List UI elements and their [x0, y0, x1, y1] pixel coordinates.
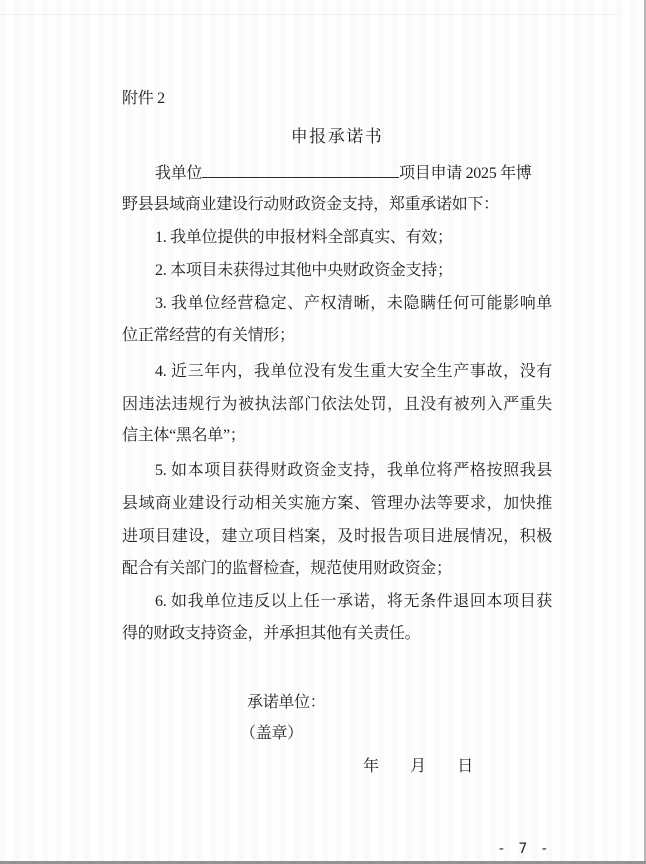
commitment-line-6: 因违法违规行为被执法部门依法处罚，且没有被列入严重失 — [122, 394, 552, 416]
scan-edge-hairline — [0, 14, 617, 15]
document-title: 申报承诺书 — [122, 126, 552, 148]
intro-suffix: 项目申请 2025 年博 — [399, 165, 531, 182]
commitment-line-2: 2. 本项目未获得过其他中央财政资金支持； — [122, 260, 552, 282]
intro-line-2: 野县县域商业建设行动财政资金支持，郑重承诺如下： — [122, 194, 552, 216]
commitment-line-11: 配合有关部门的监督检查，规范使用财政资金； — [122, 558, 552, 580]
commitment-line-9: 县域商业建设行动相关实施方案、管理办法等要求，加快推 — [122, 493, 552, 515]
commitment-line-13: 得的财政支持资金，并承担其他有关责任。 — [122, 623, 552, 645]
commitment-line-10: 进项目建设，建立项目档案，及时报告项目进展情况，积极 — [122, 526, 552, 548]
commitment-line-8: 5. 如本项目获得财政资金支持，我单位将严格按照我县 — [122, 460, 552, 482]
commitment-line-5: 4. 近三年内，我单位没有发生重大安全生产事故，没有 — [122, 361, 552, 383]
page-number: - 7 - — [497, 838, 577, 860]
intro-prefix: 我单位 — [155, 165, 202, 182]
commitment-line-3: 3. 我单位经营稳定、产权清晰，未隐瞒任何可能影响单 — [122, 293, 552, 315]
signature-date-line: 年 月 日 — [363, 756, 583, 778]
attachment-label: 附件 2 — [122, 88, 552, 110]
signature-seal-label: （盖章） — [240, 723, 460, 745]
commitment-line-4: 位正常经营的有关情形； — [122, 325, 552, 347]
scanned-document-page: 附件 2 申报承诺书 我单位项目申请 2025 年博 野县县域商业建设行动财政资… — [0, 0, 646, 864]
blank-underline-field — [202, 161, 399, 178]
intro-line-1: 我单位项目申请 2025 年博 — [122, 161, 552, 183]
commitment-line-1: 1. 我单位提供的申报材料全部真实、有效； — [122, 227, 552, 249]
commitment-line-7: 信主体“黑名单”； — [122, 425, 552, 447]
commitment-line-12: 6. 如我单位违反以上任一承诺，将无条件退回本项目获 — [122, 591, 552, 613]
signature-unit-label: 承诺单位： — [247, 692, 467, 714]
